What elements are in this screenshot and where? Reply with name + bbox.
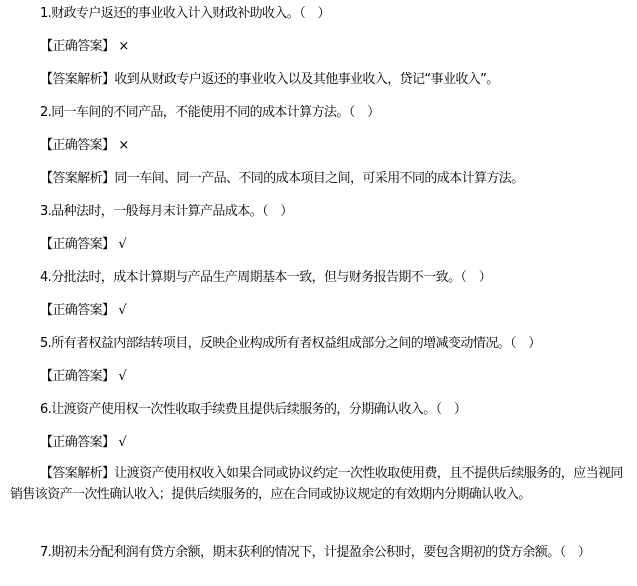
- answer-2: 【正确答案】×: [40, 138, 129, 154]
- analysis-label: 【答案解析】: [40, 72, 114, 87]
- answer-label: 【正确答案】: [40, 138, 114, 153]
- question-text: 2.同一车间的不同产品，不能使用不同的成本计算方法。（ ）: [40, 105, 380, 120]
- question-6: 6.让渡资产使用权一次性收取手续费且提供后续服务的，分期确认收入。（ ）: [40, 402, 466, 418]
- analysis-6: 【答案解析】让渡资产使用权收入如果合同或协议约定一次性收取使用费，且不提供后续服…: [10, 463, 630, 505]
- answer-5: 【正确答案】√: [40, 369, 126, 385]
- cross-mark-icon: ×: [118, 39, 128, 54]
- answer-label: 【正确答案】: [40, 39, 114, 54]
- check-mark-icon: √: [118, 237, 126, 252]
- answer-4: 【正确答案】√: [40, 303, 126, 319]
- analysis-label: 【答案解析】: [40, 466, 114, 481]
- check-mark-icon: √: [118, 369, 126, 384]
- answer-3: 【正确答案】√: [40, 237, 126, 253]
- answer-label: 【正确答案】: [40, 303, 114, 318]
- question-text: 4.分批法时，成本计算期与产品生产周期基本一致，但与财务报告期不一致。（ ）: [40, 270, 491, 285]
- question-text: 6.让渡资产使用权一次性收取手续费且提供后续服务的，分期确认收入。（ ）: [40, 402, 466, 417]
- answer-1: 【正确答案】×: [40, 39, 129, 55]
- question-text: 1.财政专户返还的事业收入计入财政补助收入。（ ）: [40, 6, 330, 21]
- question-5: 5.所有者权益内部结转项目，反映企业构成所有者权益组成部分之间的增减变动情况。（…: [40, 336, 541, 352]
- analysis-text: 同一车间、同一产品、不同的成本项目之间，可采用不同的成本计算方法。: [114, 171, 523, 186]
- question-2: 2.同一车间的不同产品，不能使用不同的成本计算方法。（ ）: [40, 105, 380, 121]
- answer-label: 【正确答案】: [40, 369, 114, 384]
- answer-6: 【正确答案】√: [40, 435, 126, 451]
- check-mark-icon: √: [118, 303, 126, 318]
- question-1: 1.财政专户返还的事业收入计入财政补助收入。（ ）: [40, 6, 330, 22]
- check-mark-icon: √: [118, 435, 126, 450]
- question-text: 5.所有者权益内部结转项目，反映企业构成所有者权益组成部分之间的增减变动情况。（…: [40, 336, 541, 351]
- analysis-1: 【答案解析】收到从财政专户返还的事业收入以及其他事业收入，贷记“事业收入”。: [40, 72, 499, 88]
- question-text: 7.期初未分配利润有贷方余额，期末获利的情况下，计提盈余公积时，要包含期初的贷方…: [40, 545, 590, 560]
- answer-label: 【正确答案】: [40, 237, 114, 252]
- analysis-label: 【答案解析】: [40, 171, 114, 186]
- question-4: 4.分批法时，成本计算期与产品生产周期基本一致，但与财务报告期不一致。（ ）: [40, 270, 491, 286]
- question-3: 3.品种法时，一般每月末计算产品成本。（ ）: [40, 204, 293, 220]
- cross-mark-icon: ×: [118, 138, 128, 153]
- analysis-2: 【答案解析】同一车间、同一产品、不同的成本项目之间，可采用不同的成本计算方法。: [40, 171, 524, 187]
- analysis-text: 收到从财政专户返还的事业收入以及其他事业收入，贷记“事业收入”。: [114, 72, 498, 87]
- question-text: 3.品种法时，一般每月末计算产品成本。（ ）: [40, 204, 293, 219]
- answer-label: 【正确答案】: [40, 435, 114, 450]
- question-7: 7.期初未分配利润有贷方余额，期末获利的情况下，计提盈余公积时，要包含期初的贷方…: [10, 542, 630, 563]
